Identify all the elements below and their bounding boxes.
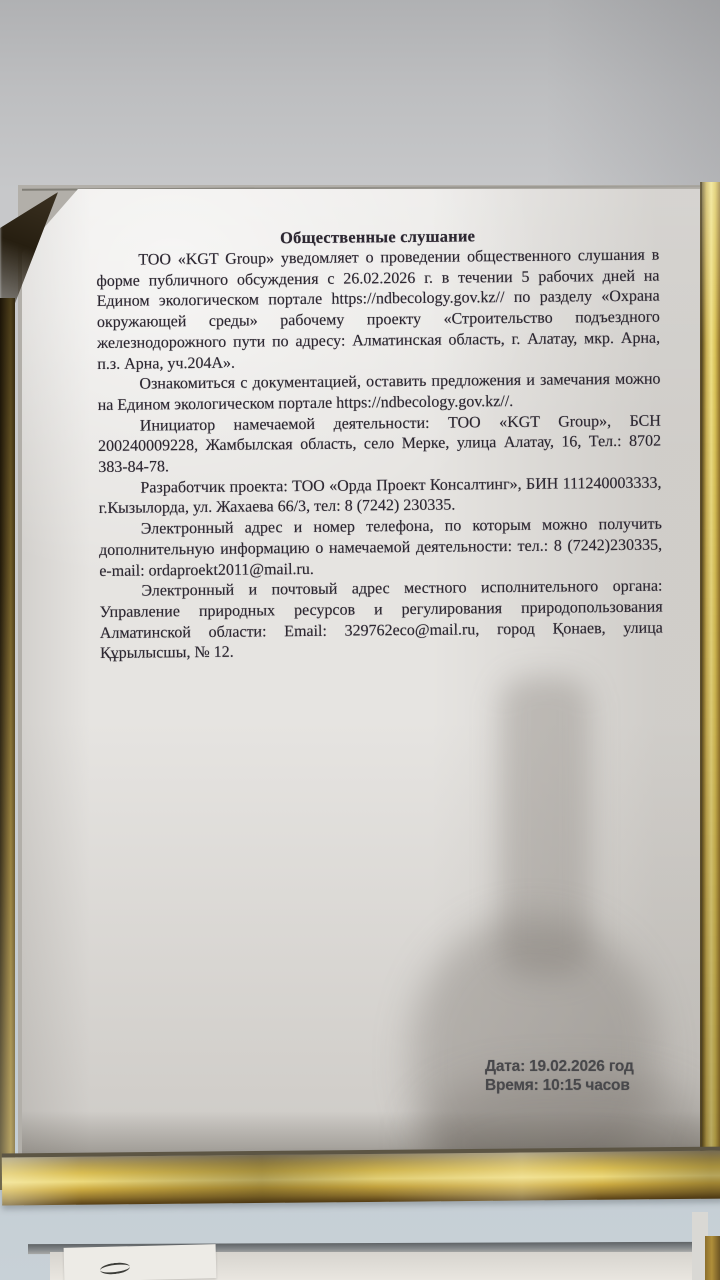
notice-paragraph: Ознакомиться с документацией, оставить п… [97, 370, 660, 417]
notice-paragraph: Разработчик проекта: ТОО «Орда Проект Ко… [98, 473, 661, 520]
lower-paper-corner [64, 1244, 217, 1280]
notice-paragraph: Инициатор намечаемой деятельности: ТОО «… [98, 411, 662, 479]
wall-shadow-band [545, 0, 720, 195]
notice-paragraph: Электронный и почтовый адрес местного ис… [99, 577, 663, 665]
frame-left-edge [0, 298, 15, 1190]
camera-timestamp: Дата: 19.02.2026 год Время: 10:15 часов [485, 1057, 634, 1095]
timestamp-date: Дата: 19.02.2026 год [485, 1057, 634, 1076]
notice-text-block: Общественные слушание ТОО «KGT Group» ув… [96, 224, 663, 665]
photo-scene: Общественные слушание ТОО «KGT Group» ув… [0, 0, 720, 1280]
lower-right-gold-frame [705, 1236, 720, 1280]
notice-paragraph: Электронный адрес и номер телефона, по к… [99, 515, 663, 583]
notice-paragraph: ТОО «KGT Group» уведомляет о проведении … [96, 246, 660, 376]
notice-paper: Общественные слушание ТОО «KGT Group» ув… [22, 189, 703, 1155]
timestamp-time: Время: 10:15 часов [485, 1076, 634, 1095]
frame-bottom-edge [2, 1147, 720, 1206]
frame-right-edge [700, 182, 720, 1196]
